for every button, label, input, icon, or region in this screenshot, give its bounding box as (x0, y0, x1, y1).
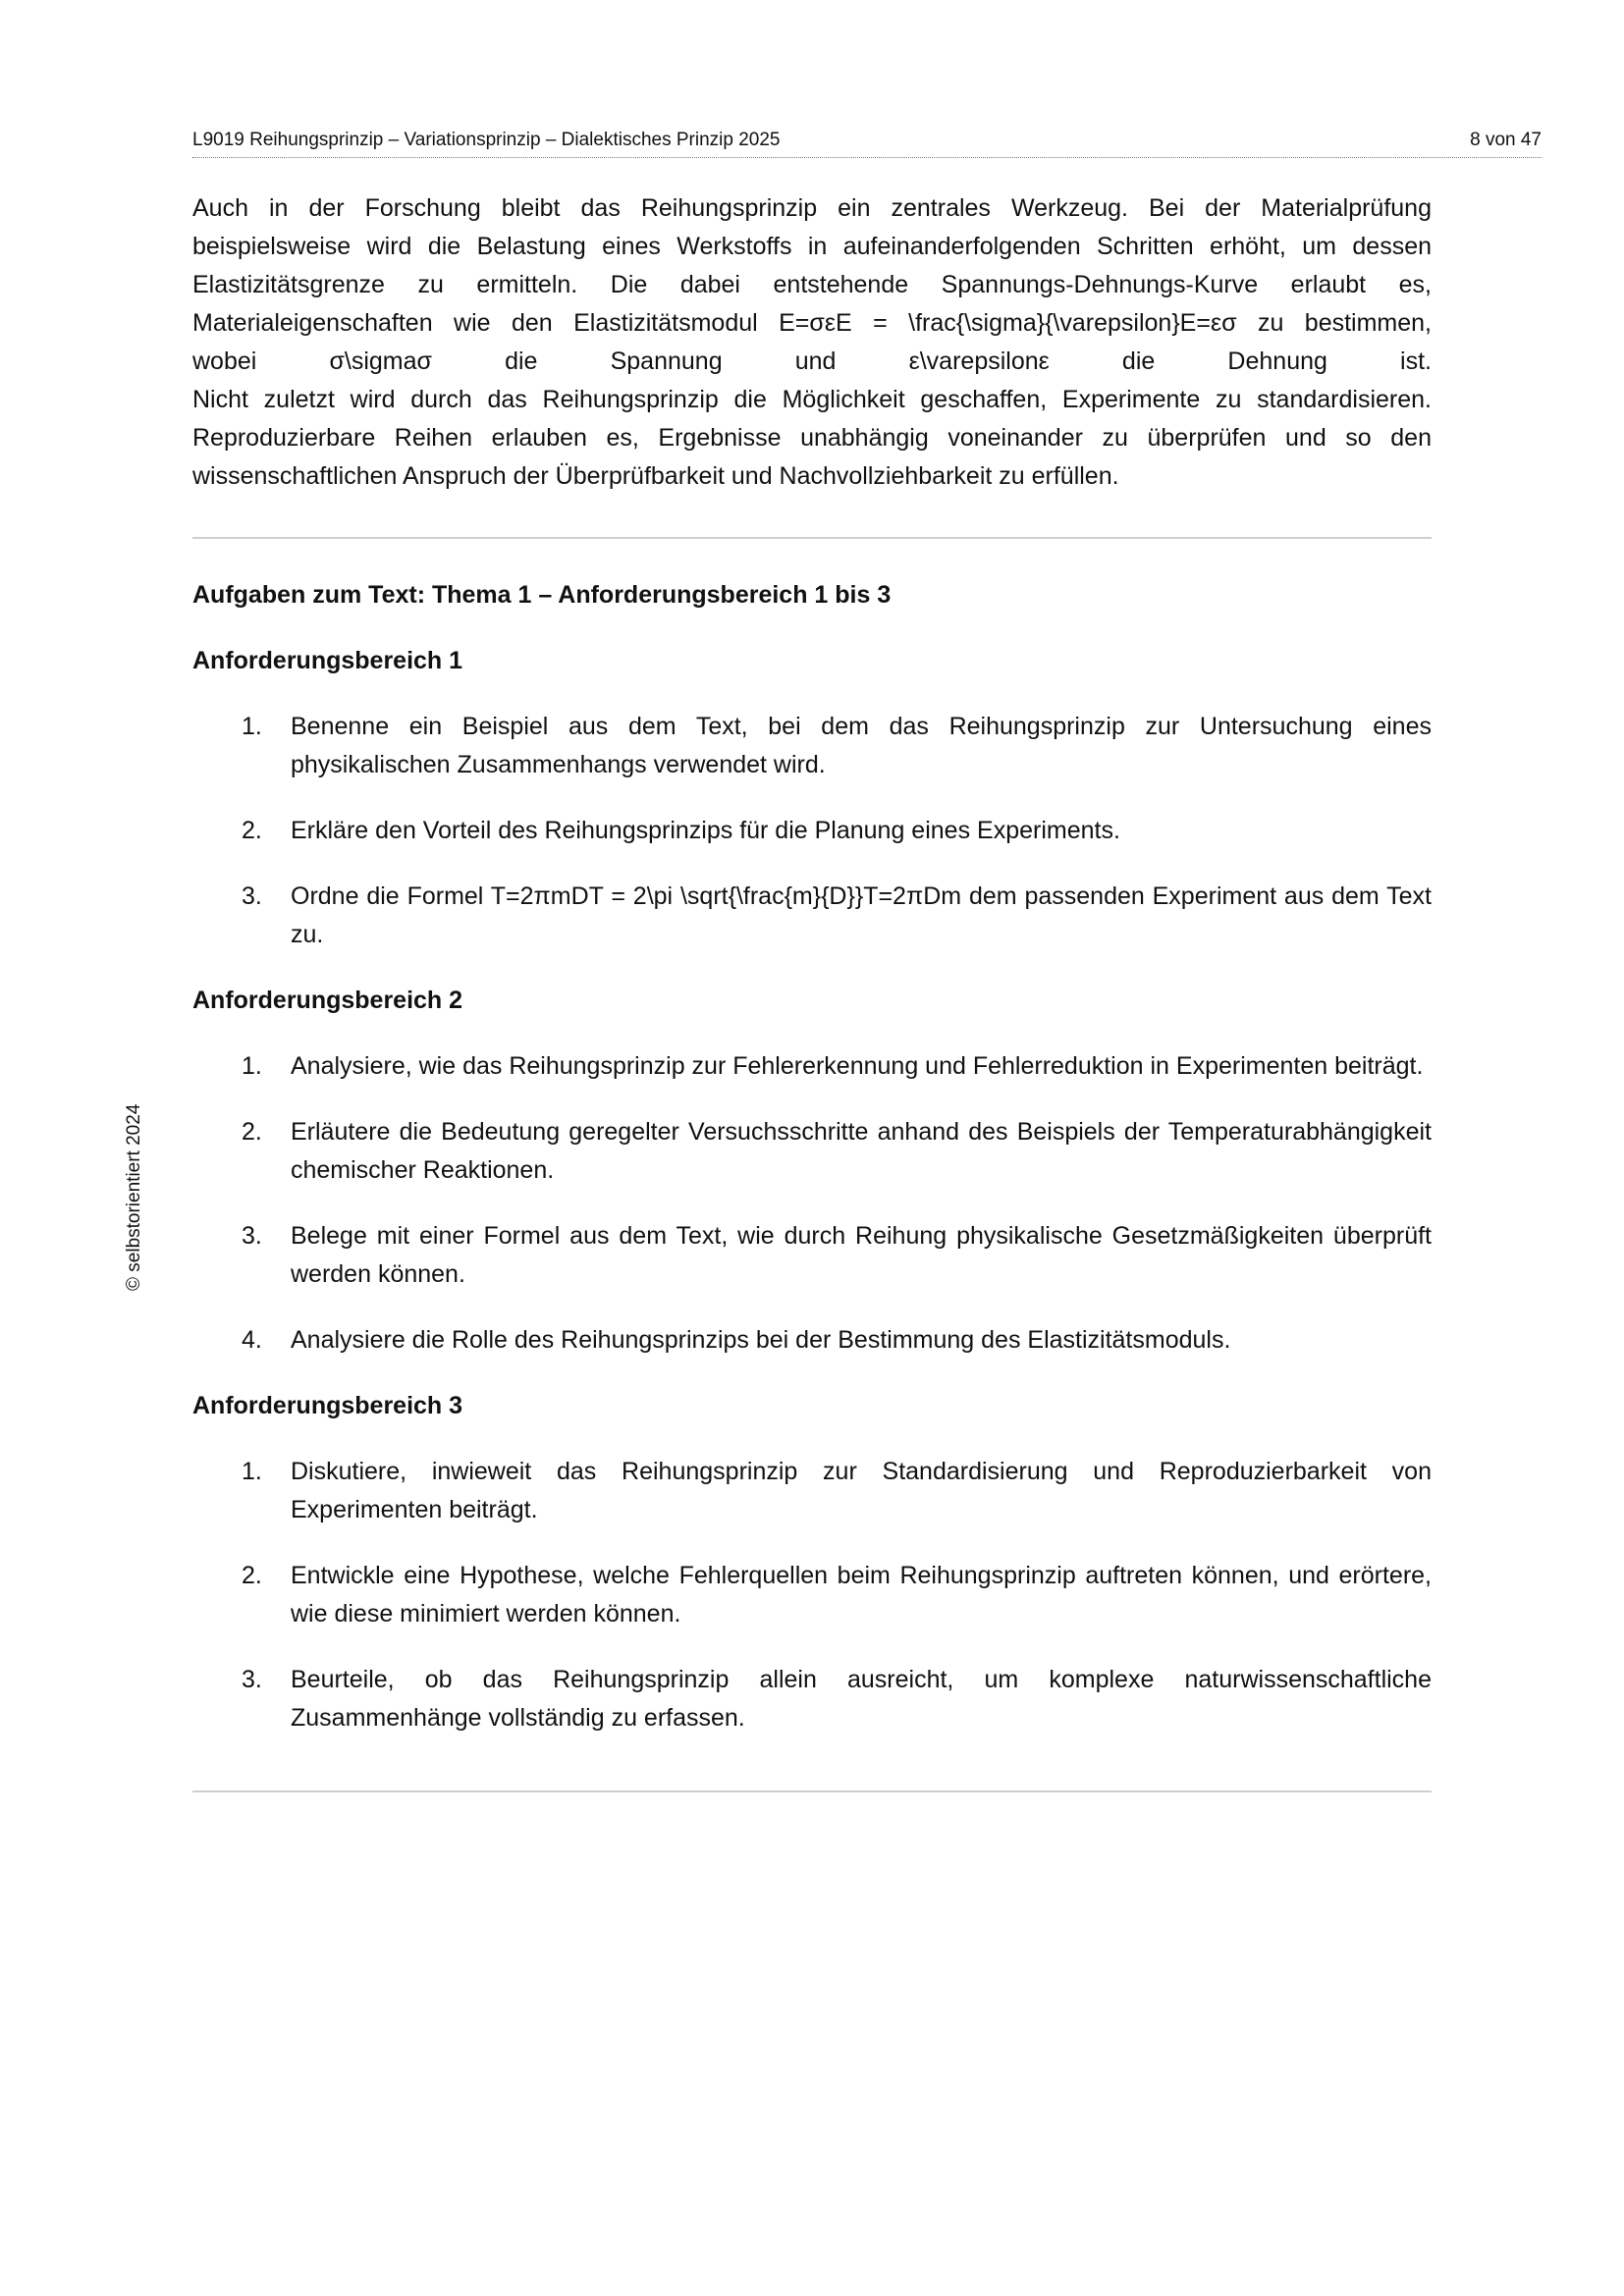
task-text: Analysiere, wie das Reihungsprinzip zur … (291, 1052, 1423, 1080)
text-line: wissenschaftlichen Anspruch der Überprüf… (192, 457, 1432, 496)
task-item: 3.Ordne die Formel T=2πmDT = 2\pi \sqrt{… (192, 878, 1432, 954)
document-title: L9019 Reihungsprinzip – Variationsprinzi… (192, 128, 781, 153)
text-line: beispielsweise wird die Belastung eines … (192, 228, 1432, 266)
task-number: 3. (242, 878, 262, 916)
task-number: 3. (242, 1661, 262, 1699)
task-list: 1.Diskutiere, inwieweit das Reihungsprin… (192, 1453, 1432, 1737)
section-title: Anforderungsbereich 1 (192, 642, 1432, 680)
task-item: 2.Erkläre den Vorteil des Reihungsprinzi… (192, 812, 1432, 850)
task-text: Erläutere die Bedeutung geregelter Versu… (291, 1118, 1432, 1184)
task-text: Belege mit einer Formel aus dem Text, wi… (291, 1222, 1432, 1288)
section-title: Anforderungsbereich 2 (192, 982, 1432, 1020)
task-item: 1.Analysiere, wie das Reihungsprinzip zu… (192, 1047, 1432, 1086)
task-text: Benenne ein Beispiel aus dem Text, bei d… (291, 713, 1432, 778)
task-item: 1.Benenne ein Beispiel aus dem Text, bei… (192, 708, 1432, 784)
task-item: 3.Beurteile, ob das Reihungsprinzip alle… (192, 1661, 1432, 1737)
page-content: Auch in der Forschung bleibt das Reihung… (192, 189, 1432, 1792)
task-item: 3.Belege mit einer Formel aus dem Text, … (192, 1217, 1432, 1294)
task-text: Entwickle eine Hypothese, welche Fehlerq… (291, 1562, 1432, 1628)
page-header: L9019 Reihungsprinzip – Variationsprinzi… (192, 128, 1542, 158)
section-divider (192, 1790, 1432, 1792)
task-number: 1. (242, 708, 262, 746)
task-number: 1. (242, 1047, 262, 1086)
task-item: 2.Entwickle eine Hypothese, welche Fehle… (192, 1557, 1432, 1633)
task-number: 4. (242, 1321, 262, 1360)
text-line: Elastizitätsgrenze zu ermitteln. Die dab… (192, 266, 1432, 304)
task-text: Analysiere die Rolle des Reihungsprinzip… (291, 1326, 1230, 1354)
task-list: 1.Benenne ein Beispiel aus dem Text, bei… (192, 708, 1432, 954)
task-number: 1. (242, 1453, 262, 1491)
task-number: 3. (242, 1217, 262, 1255)
section-divider (192, 537, 1432, 539)
task-item: 1.Diskutiere, inwieweit das Reihungsprin… (192, 1453, 1432, 1529)
copyright-notice: © selbstorientiert 2024 (124, 1104, 145, 1291)
text-line: Materialeigenschaften wie den Elastizitä… (192, 304, 1432, 343)
intro-paragraph: Auch in der Forschung bleibt das Reihung… (192, 189, 1432, 496)
section-afb-3: Anforderungsbereich 3 1.Diskutiere, inwi… (192, 1387, 1432, 1737)
task-number: 2. (242, 1557, 262, 1595)
section-title: Anforderungsbereich 3 (192, 1387, 1432, 1425)
text-line: Auch in der Forschung bleibt das Reihung… (192, 189, 1432, 228)
page-number: 8 von 47 (1470, 128, 1542, 153)
task-item: 2.Erläutere die Bedeutung geregelter Ver… (192, 1113, 1432, 1190)
task-number: 2. (242, 812, 262, 850)
text-line: Nicht zuletzt wird durch das Reihungspri… (192, 381, 1432, 419)
task-number: 2. (242, 1113, 262, 1151)
task-text: Diskutiere, inwieweit das Reihungsprinzi… (291, 1458, 1432, 1523)
task-text: Beurteile, ob das Reihungsprinzip allein… (291, 1666, 1432, 1732)
task-list: 1.Analysiere, wie das Reihungsprinzip zu… (192, 1047, 1432, 1360)
task-text: Erkläre den Vorteil des Reihungsprinzips… (291, 817, 1120, 844)
task-item: 4.Analysiere die Rolle des Reihungsprinz… (192, 1321, 1432, 1360)
text-line: Reproduzierbare Reihen erlauben es, Erge… (192, 419, 1432, 457)
text-line: wobei σ\sigmaσ die Spannung und ε\vareps… (192, 343, 1432, 381)
tasks-heading: Aufgaben zum Text: Thema 1 – Anforderung… (192, 576, 1432, 614)
section-afb-2: Anforderungsbereich 2 1.Analysiere, wie … (192, 982, 1432, 1360)
section-afb-1: Anforderungsbereich 1 1.Benenne ein Beis… (192, 642, 1432, 954)
task-text: Ordne die Formel T=2πmDT = 2\pi \sqrt{\f… (291, 882, 1432, 948)
